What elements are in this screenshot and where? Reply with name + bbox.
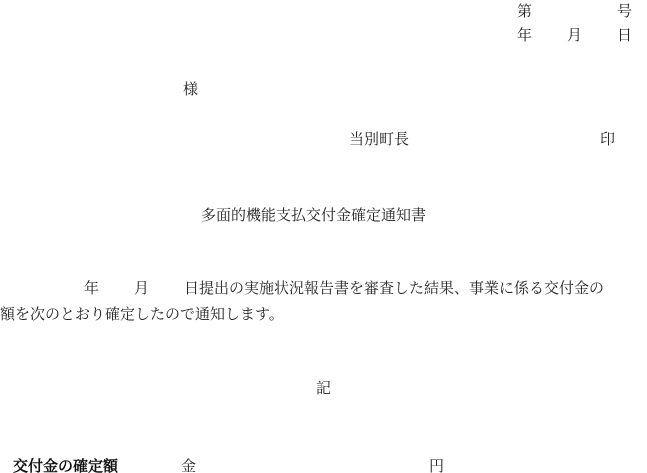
body-month: 月 <box>134 279 149 297</box>
amount-suffix: 円 <box>429 457 444 473</box>
body-line1: 日提出の実施状況報告書を審査した結果、事業に係る交付金の <box>184 279 604 297</box>
body-line2: 額を次のとおり確定したので通知します。 <box>0 305 284 323</box>
number-prefix: 第 <box>517 2 532 20</box>
addressee-honorific: 様 <box>183 80 198 98</box>
date-year: 年 <box>517 26 532 44</box>
sender-name: 当別町長 <box>349 130 409 148</box>
number-suffix: 号 <box>617 2 632 20</box>
amount-label: 交付金の確定額 <box>13 457 118 473</box>
date-month: 月 <box>567 26 582 44</box>
ki-heading: 記 <box>316 379 331 397</box>
amount-prefix: 金 <box>181 457 196 473</box>
seal-mark: 印 <box>600 130 615 148</box>
document-title: 多面的機能支払交付金確定通知書 <box>201 206 426 224</box>
body-year: 年 <box>84 279 99 297</box>
date-day: 日 <box>617 26 632 44</box>
